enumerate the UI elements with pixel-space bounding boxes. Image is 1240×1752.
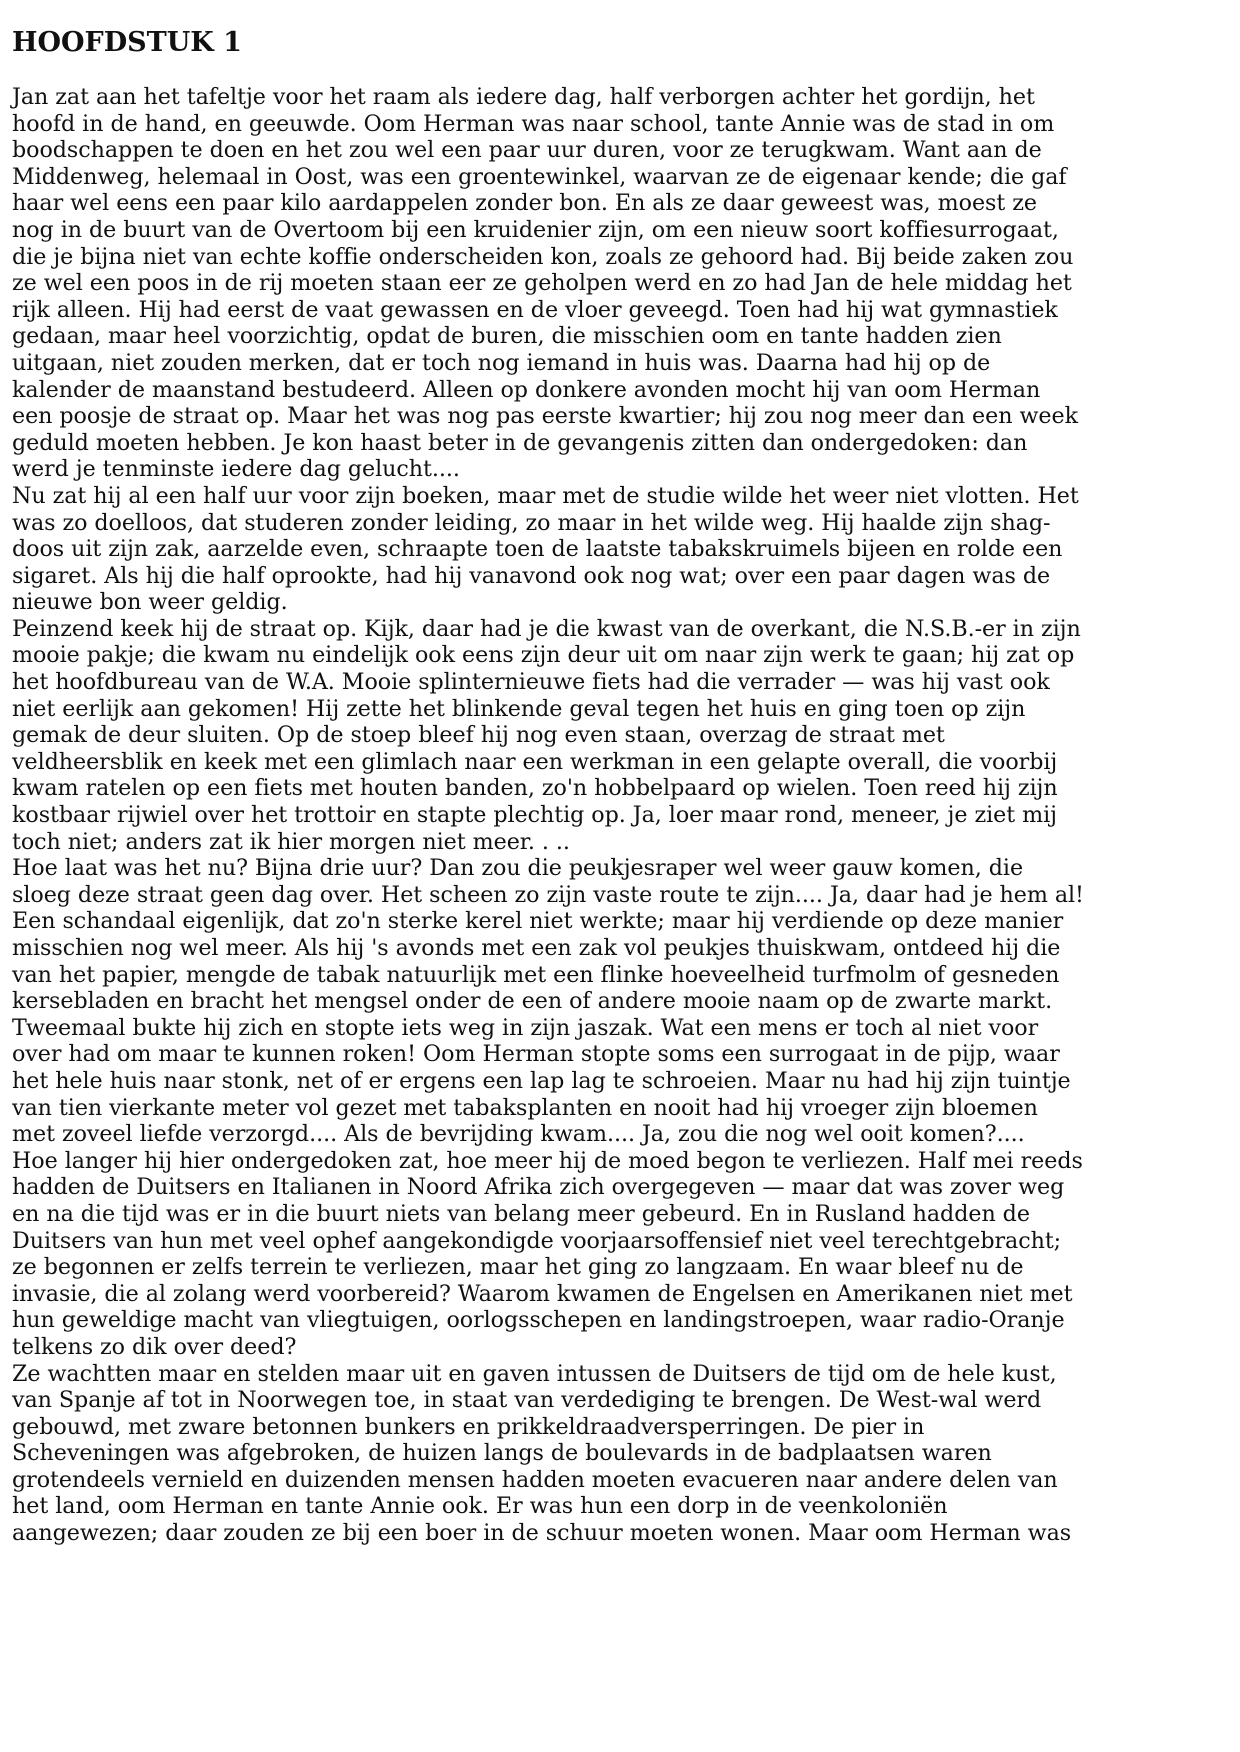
text-line: het hoofdbureau van de W.A. Mooie splint… <box>12 669 1228 696</box>
text-line: sigaret. Als hij die half oprookte, had … <box>12 563 1228 590</box>
paragraph: Nu zat hij al een half uur voor zijn boe… <box>12 483 1228 616</box>
text-line: een poosje de straat op. Maar het was no… <box>12 403 1228 430</box>
text-line: van Spanje af tot in Noorwegen toe, in s… <box>12 1387 1228 1414</box>
text-line: Hoe laat was het nu? Bijna drie uur? Dan… <box>12 855 1228 882</box>
text-line: mooie pakje; die kwam nu eindelijk ook e… <box>12 642 1228 669</box>
text-line: het hele huis naar stonk, net of er erge… <box>12 1068 1228 1095</box>
text-line: en na die tijd was er in die buurt niets… <box>12 1201 1228 1228</box>
text-line: veldheersblik en keek met een glimlach n… <box>12 749 1228 776</box>
text-line: Scheveningen was afgebroken, de huizen l… <box>12 1440 1228 1467</box>
text-line: nog in de buurt van de Overtoom bij een … <box>12 217 1228 244</box>
text-line: niet eerlijk aan gekomen! Hij zette het … <box>12 696 1228 723</box>
paragraph: Hoe laat was het nu? Bijna drie uur? Dan… <box>12 855 1228 1148</box>
text-line: toch niet; anders zat ik hier morgen nie… <box>12 829 1228 856</box>
text-line: sloeg deze straat geen dag over. Het sch… <box>12 882 1228 909</box>
text-line: Nu zat hij al een half uur voor zijn boe… <box>12 483 1228 510</box>
text-line: kostbaar rijwiel over het trottoir en st… <box>12 802 1228 829</box>
text-line: Tweemaal bukte hij zich en stopte iets w… <box>12 1015 1228 1042</box>
text-line: Duitsers van hun met veel ophef aangekon… <box>12 1228 1228 1255</box>
text-line: kersebladen en bracht het mengsel onder … <box>12 988 1228 1015</box>
paragraph: Ze wachtten maar en stelden maar uit en … <box>12 1361 1228 1547</box>
text-line: gedaan, maar heel voorzichtig, opdat de … <box>12 323 1228 350</box>
text-line: Peinzend keek hij de straat op. Kijk, da… <box>12 616 1228 643</box>
text-line: gebouwd, met zware betonnen bunkers en p… <box>12 1414 1228 1441</box>
text-line: rijk alleen. Hij had eerst de vaat gewas… <box>12 297 1228 324</box>
text-line: hoofd in de hand, en geeuwde. Oom Herman… <box>12 111 1228 138</box>
text-line: werd je tenminste iedere dag gelucht.... <box>12 456 1228 483</box>
chapter-body: Jan zat aan het tafeltje voor het raam a… <box>12 84 1228 1547</box>
paragraph: Hoe langer hij hier ondergedoken zat, ho… <box>12 1148 1228 1361</box>
text-line: grotendeels vernield en duizenden mensen… <box>12 1467 1228 1494</box>
text-line: over had om maar te kunnen roken! Oom He… <box>12 1041 1228 1068</box>
text-line: telkens zo dik over deed? <box>12 1334 1228 1361</box>
text-line: kwam ratelen op een fiets met houten ban… <box>12 775 1228 802</box>
text-line: haar wel eens een paar kilo aardappelen … <box>12 190 1228 217</box>
text-line: Jan zat aan het tafeltje voor het raam a… <box>12 84 1228 111</box>
text-line: geduld moeten hebben. Je kon haast beter… <box>12 430 1228 457</box>
text-line: van tien vierkante meter vol gezet met t… <box>12 1095 1228 1122</box>
text-line: was zo doelloos, dat studeren zonder lei… <box>12 510 1228 537</box>
text-line: van het papier, mengde de tabak natuurli… <box>12 962 1228 989</box>
text-line: nieuwe bon weer geldig. <box>12 589 1228 616</box>
text-line: uitgaan, niet zouden merken, dat er toch… <box>12 350 1228 377</box>
text-line: die je bijna niet van echte koffie onder… <box>12 244 1228 271</box>
chapter-heading: HOOFDSTUK 1 <box>12 26 1228 60</box>
paragraph: Peinzend keek hij de straat op. Kijk, da… <box>12 616 1228 855</box>
text-line: aangewezen; daar zouden ze bij een boer … <box>12 1520 1228 1547</box>
text-line: het land, oom Herman en tante Annie ook.… <box>12 1493 1228 1520</box>
text-line: Hoe langer hij hier ondergedoken zat, ho… <box>12 1148 1228 1175</box>
text-line: invasie, die al zolang werd voorbereid? … <box>12 1281 1228 1308</box>
text-line: boodschappen te doen en het zou wel een … <box>12 137 1228 164</box>
text-line: Een schandaal eigenlijk, dat zo'n sterke… <box>12 908 1228 935</box>
paragraph: Jan zat aan het tafeltje voor het raam a… <box>12 84 1228 483</box>
text-line: ze begonnen er zelfs terrein te verlieze… <box>12 1254 1228 1281</box>
text-line: Ze wachtten maar en stelden maar uit en … <box>12 1361 1228 1388</box>
text-line: met zoveel liefde verzorgd.... Als de be… <box>12 1121 1228 1148</box>
text-line: misschien nog wel meer. Als hij 's avond… <box>12 935 1228 962</box>
text-line: gemak de deur sluiten. Op de stoep bleef… <box>12 722 1228 749</box>
text-line: kalender de maanstand bestudeerd. Alleen… <box>12 377 1228 404</box>
text-line: ze wel een poos in de rij moeten staan e… <box>12 270 1228 297</box>
text-line: hun geweldige macht van vliegtuigen, oor… <box>12 1307 1228 1334</box>
text-line: doos uit zijn zak, aarzelde even, schraa… <box>12 536 1228 563</box>
text-line: Middenweg, helemaal in Oost, was een gro… <box>12 164 1228 191</box>
text-line: hadden de Duitsers en Italianen in Noord… <box>12 1174 1228 1201</box>
document-page: HOOFDSTUK 1 Jan zat aan het tafeltje voo… <box>0 0 1240 1547</box>
